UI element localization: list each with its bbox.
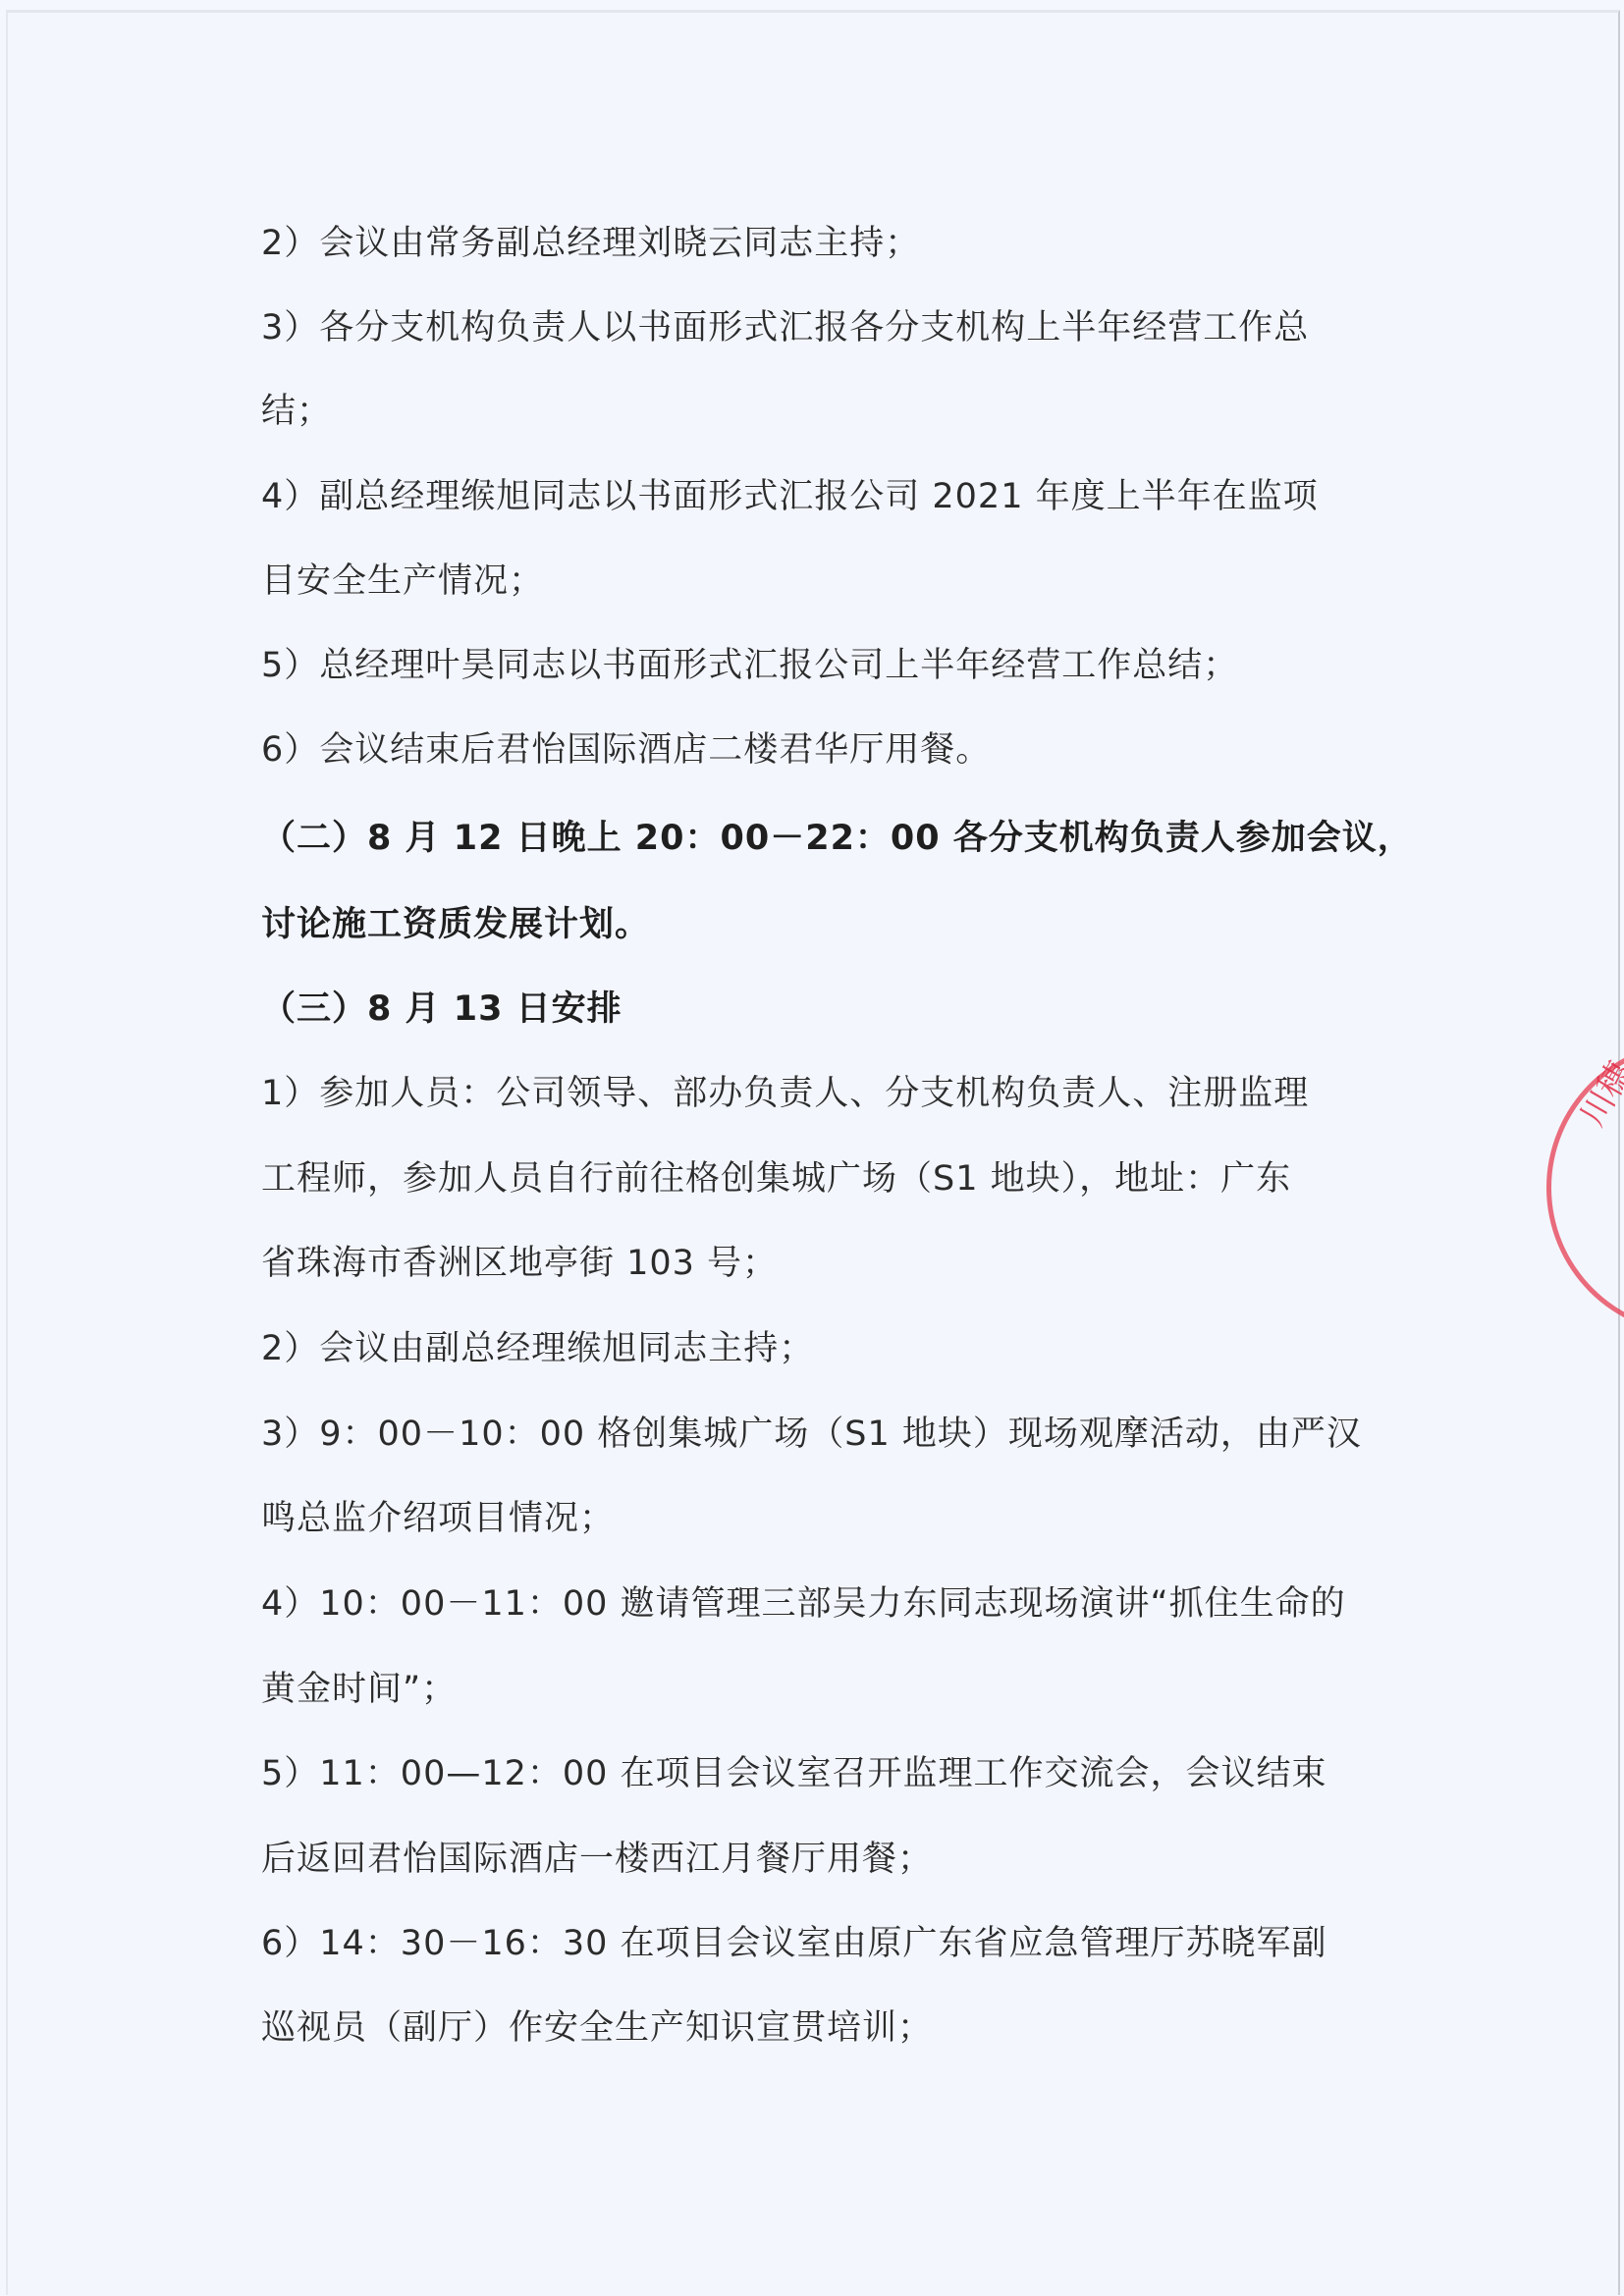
agenda-line-safety-report-cont: 目安全生产情况； [261,561,544,601]
agenda-line-speech: 4）10：00－11：00 邀请管理三部吴力东同志现场演讲“抓住生命的 [261,1584,1346,1624]
section-heading-aug13: （三）8 月 13 日安排 [261,989,623,1029]
agenda-line-gm-report: 5）总经理叶昊同志以书面形式汇报公司上半年经营工作总结； [261,646,1238,685]
agenda-line-host-aug13: 2）会议由副总经理缑旭同志主持； [261,1329,814,1368]
section-heading-aug12: （二）8 月 12 日晚上 20：00－22：00 各分支机构负责人参加会议， [261,819,1413,858]
agenda-line-training-cont: 巡视员（副厅）作安全生产知识宣贯培训； [261,2008,933,2048]
agenda-line-meeting-host: 2）会议由常务副总经理刘晓云同志主持； [261,224,920,263]
agenda-line-site-visit-cont: 鸣总监介绍项目情况； [261,1499,615,1538]
agenda-line-address: 省珠海市香洲区地亭街 103 号； [261,1244,778,1283]
agenda-line-dinner: 6）会议结束后君怡国际酒店二楼君华厅用餐。 [261,730,991,770]
agenda-line-site-visit: 3）9：00－10：00 格创集城广场（S1 地块）现场观摩活动，由严汉 [261,1415,1362,1454]
agenda-line-branch-reports: 3）各分支机构负责人以书面形式汇报各分支机构上半年经营工作总 [261,308,1309,347]
agenda-line-attendees: 1）参加人员：公司领导、部办负责人、分支机构负责人、注册监理 [261,1074,1309,1113]
agenda-line-exchange-meeting-cont: 后返回君怡国际酒店一楼西江月餐厅用餐； [261,1840,933,1879]
agenda-line-safety-report: 4）副总经理缑旭同志以书面形式汇报公司 2021 年度上半年在监项 [261,477,1319,516]
agenda-line-training: 6）14：30－16：30 在项目会议室由原广东省应急管理厅苏晓军副 [261,1924,1327,1963]
section-heading-aug12-cont: 讨论施工资质发展计划。 [261,905,650,944]
agenda-line-attendees-cont: 工程师，参加人员自行前往格创集城广场（S1 地块），地址：广东 [261,1159,1291,1199]
agenda-line-speech-cont: 黄金时间”； [261,1670,457,1709]
agenda-line-exchange-meeting: 5）11：00—12：00 在项目会议室召开监理工作交流会，会议结束 [261,1754,1327,1793]
document-page: 2）会议由常务副总经理刘晓云同志主持； 3）各分支机构负责人以书面形式汇报各分支… [6,10,1620,2295]
agenda-line-branch-reports-cont: 结； [261,392,332,431]
